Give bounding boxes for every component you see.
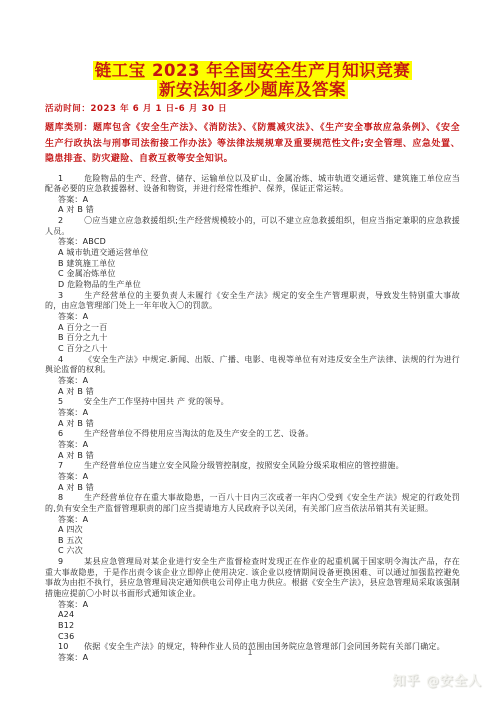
option-line: A 四次 bbox=[45, 525, 460, 536]
option-line: C 六次 bbox=[45, 546, 460, 557]
question-block: 4《安全生产法》中规定.新闻、出版、广播、电影、电视等单位有对违反安全生产法律、… bbox=[45, 355, 460, 398]
option-line: A 城市轨道交通运营单位 bbox=[45, 248, 460, 259]
question-number: 7 bbox=[58, 461, 84, 472]
title-line-2: 新安法知多少题库及答案 bbox=[157, 80, 348, 99]
answer-line: 答案：A bbox=[45, 312, 460, 323]
option-line: A 百分之一百 bbox=[45, 323, 460, 334]
question-number: 9 bbox=[58, 557, 84, 568]
option-line: B 建筑施工单位 bbox=[45, 259, 460, 270]
question-body: 《安全生产法》中规定.新闻、出版、广播、电影、电视等单位有对违反安全生产法律、法… bbox=[45, 355, 460, 375]
option-line: C 金属冶炼单位 bbox=[45, 269, 460, 280]
category-note: 题库类别：题库包含《安全生产法》、《消防法》、《防震减灾法》、《生产安全事故应急… bbox=[45, 121, 460, 168]
question-text: 2〇应当建立应急救援组织;生产经营规模较小的，可以不建立应急救援组织，但应当指定… bbox=[45, 216, 460, 237]
answer-line: 答案：A bbox=[45, 472, 460, 483]
question-block: 7生产经营单位应当建立安全风险分级管控制度，按照安全风险分级采取相应的管控措施。… bbox=[45, 461, 460, 493]
question-number: 5 bbox=[58, 397, 84, 408]
question-number: 6 bbox=[58, 429, 84, 440]
answer-line: 答案：A bbox=[45, 600, 460, 611]
answer-line: 答案：A bbox=[45, 440, 460, 451]
question-number: 4 bbox=[58, 355, 84, 366]
option-line: A 对 B 错 bbox=[45, 419, 460, 430]
question-list: 1危险物品的生产、经营、储存、运输单位以及矿山、金属冶炼、城市轨道交通运营、建筑… bbox=[45, 174, 460, 664]
question-block: 1危险物品的生产、经营、储存、运输单位以及矿山、金属冶炼、城市轨道交通运营、建筑… bbox=[45, 174, 460, 217]
question-body: 生产经营单位应当建立安全风险分级管控制度，按照安全风险分级采取相应的管控措施。 bbox=[84, 461, 404, 470]
question-body: 生产经营单位存在重大事故隐患，一百八十日内三次或者一年内〇受到《安全生产法》规定… bbox=[45, 493, 460, 513]
question-text: 1危险物品的生产、经营、储存、运输单位以及矿山、金属冶炼、城市轨道交通运营、建筑… bbox=[45, 174, 460, 195]
question-block: 6生产经营单位不得使用应当淘汰的危及生产安全的工艺、设备。 答案：A A 对 B… bbox=[45, 429, 460, 461]
question-block: 2〇应当建立应急救援组织;生产经营规模较小的，可以不建立应急救援组织，但应当指定… bbox=[45, 216, 460, 291]
question-block: 3生产经营单位的主要负责人未履行《安全生产法》规定的安全生产管理职责，导致发生特… bbox=[45, 291, 460, 355]
question-body: 生产经营单位的主要负责人未履行《安全生产法》规定的安全生产管理职责，导致发生特别… bbox=[45, 291, 460, 311]
option-line: B 五次 bbox=[45, 536, 460, 547]
question-text: 9某县应急管理局对某企业进行安全生产监督检查时发现正在作业的起重机属于国家明令淘… bbox=[45, 557, 460, 600]
question-number: 8 bbox=[58, 493, 84, 504]
question-body: 生产经营单位不得使用应当淘汰的危及生产安全的工艺、设备。 bbox=[84, 429, 314, 438]
option-line: B 百分之九十 bbox=[45, 333, 460, 344]
question-text: 3生产经营单位的主要负责人未履行《安全生产法》规定的安全生产管理职责，导致发生特… bbox=[45, 291, 460, 312]
question-body: 某县应急管理局对某企业进行安全生产监督检查时发现正在作业的起重机属于国家明令淘汰… bbox=[45, 557, 460, 598]
answer-line: 答案：A bbox=[45, 376, 460, 387]
option-line: A 对 B 错 bbox=[45, 205, 460, 216]
option-line: A 对 B 错 bbox=[45, 483, 460, 494]
answer-line: 答案：A bbox=[45, 408, 460, 419]
watermark: 知乎 @安全人 bbox=[392, 670, 482, 689]
option-line: C 百分之八十 bbox=[45, 344, 460, 355]
question-number: 3 bbox=[58, 291, 84, 302]
question-text: 7生产经营单位应当建立安全风险分级管控制度，按照安全风险分级采取相应的管控措施。 bbox=[45, 461, 460, 472]
option-line: A 对 B 错 bbox=[45, 387, 460, 398]
option-line: B12 bbox=[45, 621, 460, 632]
question-text: 8生产经营单位存在重大事故隐患，一百八十日内三次或者一年内〇受到《安全生产法》规… bbox=[45, 493, 460, 514]
document-page: 链工宝 2023 年全国安全生产月知识竞赛 新安法知多少题库及答案 活动时间：2… bbox=[0, 0, 500, 707]
answer-line: 答案：A bbox=[45, 195, 460, 206]
option-line: A24 bbox=[45, 610, 460, 621]
option-line: C36 bbox=[45, 632, 460, 643]
question-text: 6生产经营单位不得使用应当淘汰的危及生产安全的工艺、设备。 bbox=[45, 429, 460, 440]
question-text: 5安全生产工作坚持中国共 产 党的领导。 bbox=[45, 397, 460, 408]
question-number: 2 bbox=[58, 216, 84, 227]
question-block: 5安全生产工作坚持中国共 产 党的领导。 答案：A A 对 B 错 bbox=[45, 397, 460, 429]
page-number: 1 bbox=[0, 648, 500, 657]
activity-time: 活动时间：2023 年 6 月 1 日-6 月 30 日 bbox=[45, 102, 460, 114]
title-line-1: 链工宝 2023 年全国安全生产月知识竞赛 bbox=[93, 61, 412, 80]
question-body: 安全生产工作坚持中国共 产 党的领导。 bbox=[84, 397, 229, 406]
question-text: 4《安全生产法》中规定.新闻、出版、广播、电影、电视等单位有对违反安全生产法律、… bbox=[45, 355, 460, 376]
answer-line: 答案：ABCD bbox=[45, 237, 460, 248]
answer-line: 答案：A bbox=[45, 515, 460, 526]
page-title: 链工宝 2023 年全国安全生产月知识竞赛 新安法知多少题库及答案 bbox=[45, 62, 460, 99]
question-body: 危险物品的生产、经营、储存、运输单位以及矿山、金属冶炼、城市轨道交通运营、建筑施… bbox=[45, 174, 460, 194]
question-block: 9某县应急管理局对某企业进行安全生产监督检查时发现正在作业的起重机属于国家明令淘… bbox=[45, 557, 460, 642]
option-line: D 危险物品的生产单位 bbox=[45, 280, 460, 291]
document-content: 链工宝 2023 年全国安全生产月知识竞赛 新安法知多少题库及答案 活动时间：2… bbox=[45, 62, 460, 664]
question-block: 8生产经营单位存在重大事故隐患，一百八十日内三次或者一年内〇受到《安全生产法》规… bbox=[45, 493, 460, 557]
question-number: 1 bbox=[58, 174, 84, 185]
option-line: A 对 B 错 bbox=[45, 451, 460, 462]
question-body: 〇应当建立应急救援组织;生产经营规模较小的，可以不建立应急救援组织，但应当指定兼… bbox=[45, 216, 460, 236]
